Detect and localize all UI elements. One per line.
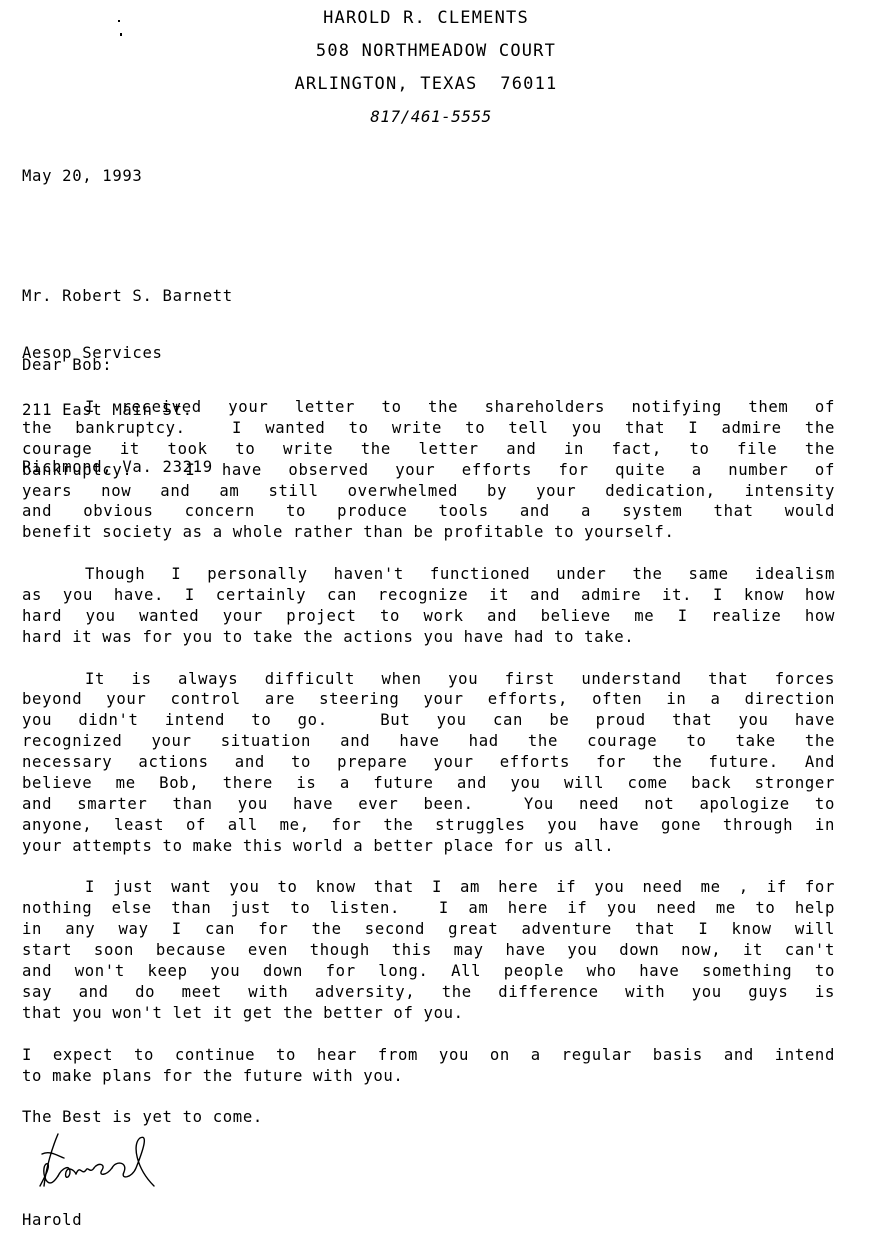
signer-name: Harold [22,1210,82,1231]
signature-icon [36,1128,176,1192]
paragraph: I just want you to know that I am here i… [22,877,835,1023]
paragraph-line: I received your letter to the shareholde… [22,397,835,418]
paragraph-line: nothing else than just to listen. I am h… [22,898,835,919]
paragraph-line: hard it was for you to take the actions … [22,627,835,648]
recipient-name: Mr. Robert S. Barnett [22,286,233,307]
paragraph-line: say and do meet with adversity, the diff… [22,982,835,1003]
paragraph-line: and smarter than you have ever been. You… [22,794,835,815]
paragraph-line: beyond your control are steering your ef… [22,689,835,710]
paragraph-line: Though I personally haven't functioned u… [22,564,835,585]
paragraph-line: and obvious concern to produce tools and… [22,501,835,522]
letterhead-phone: 817/461-5555 [0,106,872,139]
paragraph-line: I just want you to know that I am here i… [22,877,835,898]
paragraph-line: as you have. I certainly can recognize i… [22,585,835,606]
letterhead: HAROLD R. CLEMENTS 508 NORTHMEADOW COURT… [0,7,872,139]
paragraph: I expect to continue to hear from you on… [22,1045,835,1087]
paragraph-line: anyone, least of all me, for the struggl… [22,815,835,836]
letterhead-city: ARLINGTON, TEXAS 76011 [0,73,872,106]
paragraph-line: recognized your situation and have had t… [22,731,835,752]
paragraph-line: benefit society as a whole rather than b… [22,522,835,543]
letter-date: May 20, 1993 [22,166,142,187]
paragraph-line: to make plans for the future with you. [22,1066,835,1087]
letterhead-street: 508 NORTHMEADOW COURT [0,40,872,73]
paragraph: Though I personally haven't functioned u… [22,564,835,648]
paragraph: I received your letter to the shareholde… [22,397,835,543]
paragraph-line: the bankruptcy. I wanted to write to tel… [22,418,835,439]
paragraph-line: hard you wanted your project to work and… [22,606,835,627]
paragraph-line: that you won't let it get the better of … [22,1003,835,1024]
paragraph-line: necessary actions and to prepare your ef… [22,752,835,773]
letterhead-name: HAROLD R. CLEMENTS [0,7,872,40]
paragraph-line: and won't keep you down for long. All pe… [22,961,835,982]
paragraph-line: your attempts to make this world a bette… [22,836,835,857]
letter-body: I received your letter to the shareholde… [22,397,835,1107]
letter-page: HAROLD R. CLEMENTS 508 NORTHMEADOW COURT… [0,0,872,1236]
paragraph-line: in any way I can for the second great ad… [22,919,835,940]
paragraph-line: years now and am still overwhelmed by yo… [22,481,835,502]
paragraph-line: start soon because even though this may … [22,940,835,961]
paragraph-line: It is always difficult when you first un… [22,669,835,690]
paragraph-line: courage it took to write the letter and … [22,439,835,460]
paragraph-line: believe me Bob, there is a future and yo… [22,773,835,794]
closing: The Best is yet to come. [22,1107,263,1128]
paragraph: It is always difficult when you first un… [22,669,835,857]
paragraph-line: I expect to continue to hear from you on… [22,1045,835,1066]
paragraph-line: bankruptcy. I have observed your efforts… [22,460,835,481]
salutation: Dear Bob: [22,355,112,376]
paragraph-line: you didn't intend to go. But you can be … [22,710,835,731]
